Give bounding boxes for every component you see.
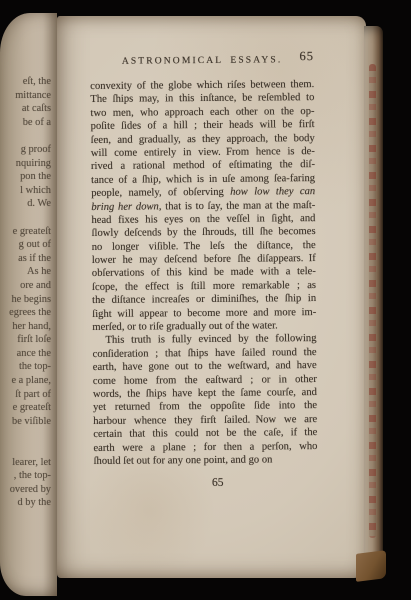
previous-page-edge: eſt, themittanceat caſtsbe of a g proofn… xyxy=(0,13,57,596)
text-line: ſight will appear to become more and mor… xyxy=(92,306,316,321)
prev-page-text-fragment: overed by xyxy=(9,483,51,497)
prev-page-text-fragment: e greateſt xyxy=(9,225,51,239)
text-line: earth, have gone out to the weſtward, an… xyxy=(93,359,317,374)
prev-page-text-fragment: be viſible xyxy=(9,415,51,429)
prev-page-text-fragment xyxy=(9,129,51,143)
text-line: ſhould ſet out for any one point, and go… xyxy=(93,453,317,468)
marbled-edge xyxy=(369,64,376,538)
prev-page-text-fragment xyxy=(9,211,51,225)
prev-page-text-fragment: g out of xyxy=(9,238,51,252)
prev-page-text-fragment: , the top- xyxy=(9,469,51,483)
prev-page-text-fragment: mittance xyxy=(9,89,51,103)
prev-page-text-fragment: l which xyxy=(9,184,51,198)
prev-page-text-fragment: d. We xyxy=(9,197,51,211)
prev-page-text-fragment: e greateſt xyxy=(9,401,51,415)
prev-page-text-fragment: be of a xyxy=(9,116,51,130)
book-photo: eſt, themittanceat caſtsbe of a g proofn… xyxy=(0,0,411,600)
text-line: people, namely, of obſerving how low the… xyxy=(91,185,315,200)
prev-page-text-fragment: egrees the xyxy=(9,306,51,320)
prev-page-text-fragment: As he xyxy=(9,265,51,279)
prev-page-text-fragment: ance the xyxy=(9,347,51,361)
prev-page-text-fragment: nquiring xyxy=(9,157,51,171)
header-page-number: 65 xyxy=(299,50,314,64)
prev-page-text-fragment: eſt, the xyxy=(9,75,51,89)
prev-page-text-fragment: ore and xyxy=(9,279,51,293)
text-line: certain that this could not be the caſe,… xyxy=(93,426,317,441)
prev-page-text-fragment xyxy=(9,428,51,442)
text-line: earth were a plane ; for then a perſon, … xyxy=(93,440,317,455)
prev-page-text-fragment: he begins xyxy=(9,293,51,307)
prev-page-text-fragment: firſt loſe xyxy=(9,333,51,347)
prev-page-text-fragment: as if the xyxy=(9,252,51,266)
running-header-title: ASTRONOMICAL ESSAYS. xyxy=(122,54,283,66)
prev-page-text-fragment: at caſts xyxy=(9,102,51,116)
book-page: ASTRONOMICAL ESSAYS. 65 convexity of the… xyxy=(57,16,366,578)
prev-page-text-fragment: e a plane, xyxy=(9,374,51,388)
prev-page-text-fragment: ſt part of xyxy=(9,388,51,402)
prev-page-text-fragment: her hand, xyxy=(9,320,51,334)
prev-page-text-fragment xyxy=(9,442,51,456)
prev-page-text-fragment: g proof xyxy=(9,143,51,157)
prev-page-text-fragment: d by the xyxy=(9,496,51,510)
page-text: ASTRONOMICAL ESSAYS. 65 convexity of the… xyxy=(90,53,318,491)
prev-page-text-fragment: learer, let xyxy=(9,456,51,470)
running-header: ASTRONOMICAL ESSAYS. 65 xyxy=(90,53,314,69)
text-line: poſite ſides of a hill ; their heads wil… xyxy=(91,118,315,133)
cover-corner xyxy=(356,550,386,582)
footer-page-number: 65 xyxy=(106,475,330,490)
prev-page-text: eſt, themittanceat caſtsbe of a g proofn… xyxy=(9,75,51,510)
prev-page-text-fragment: the top- xyxy=(9,360,51,374)
body-text: convexity of the globe which riſes betwe… xyxy=(90,78,317,468)
prev-page-text-fragment: pon the xyxy=(9,170,51,184)
